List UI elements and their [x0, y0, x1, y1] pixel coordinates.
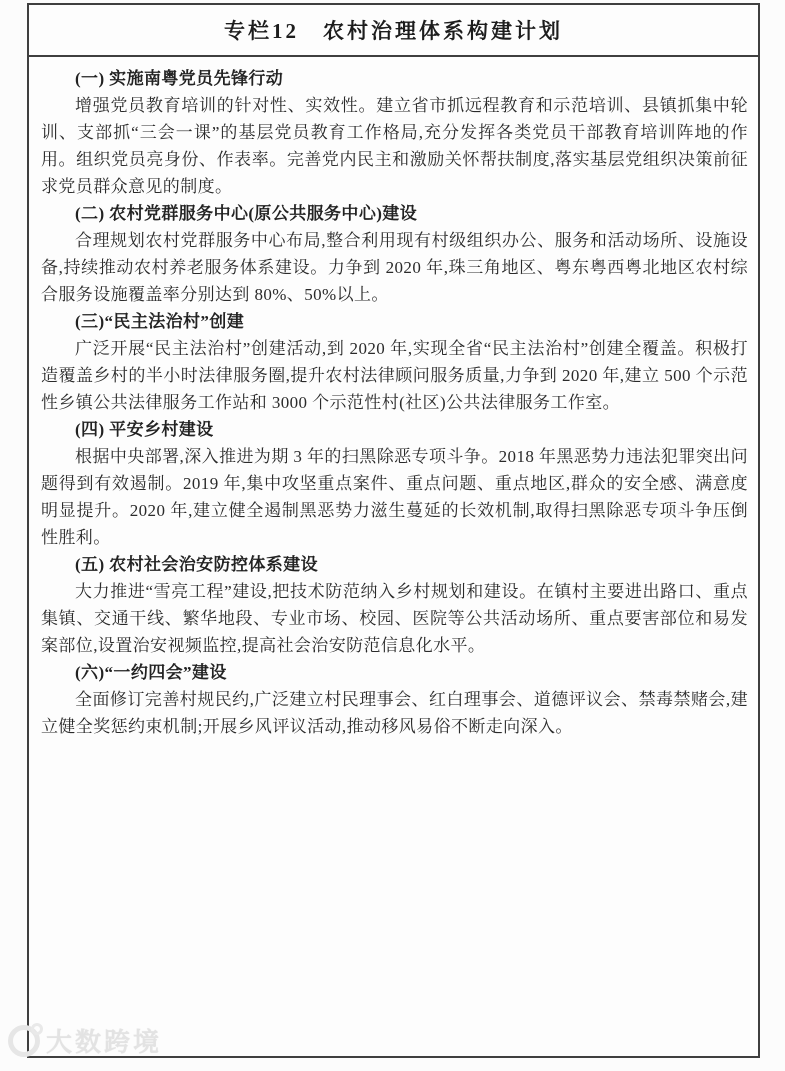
section-body: 广泛开展“民主法治村”创建活动,到 2020 年,实现全省“民主法治村”创建全覆… [41, 335, 748, 416]
panel-title: 专栏12 农村治理体系构建计划 [29, 5, 758, 57]
section-body: 合理规划农村党群服务中心布局,整合利用现有村级组织办公、服务和活动场所、设施设备… [41, 227, 748, 308]
panel-box: 专栏12 农村治理体系构建计划 (一) 实施南粤党员先锋行动 增强党员教育培训的… [27, 3, 760, 1058]
watermark-logo-icon [8, 1025, 40, 1057]
section-heading: (三)“民主法治村”创建 [41, 308, 748, 335]
section-body: 增强党员教育培训的针对性、实效性。建立省市抓远程教育和示范培训、县镇抓集中轮训、… [41, 92, 748, 200]
section-heading: (一) 实施南粤党员先锋行动 [41, 65, 748, 92]
section-body: 全面修订完善村规民约,广泛建立村民理事会、红白理事会、道德评议会、禁毒禁赌会,建… [41, 686, 748, 740]
section-heading: (六)“一约四会”建设 [41, 659, 748, 686]
section-body: 大力推进“雪亮工程”建设,把技术防范纳入乡村规划和建设。在镇村主要进出路口、重点… [41, 578, 748, 659]
panel-content: (一) 实施南粤党员先锋行动 增强党员教育培训的针对性、实效性。建立省市抓远程教… [29, 57, 758, 740]
watermark-label: 大数跨境 [46, 1022, 162, 1059]
section-heading: (四) 平安乡村建设 [41, 416, 748, 443]
section-body: 根据中央部署,深入推进为期 3 年的扫黑除恶专项斗争。2018 年黑恶势力违法犯… [41, 443, 748, 551]
document-page: 专栏12 农村治理体系构建计划 (一) 实施南粤党员先锋行动 增强党员教育培训的… [0, 0, 785, 1071]
section-heading: (二) 农村党群服务中心(原公共服务中心)建设 [41, 200, 748, 227]
section-heading: (五) 农村社会治安防控体系建设 [41, 551, 748, 578]
watermark: 大数跨境 [8, 1022, 162, 1059]
